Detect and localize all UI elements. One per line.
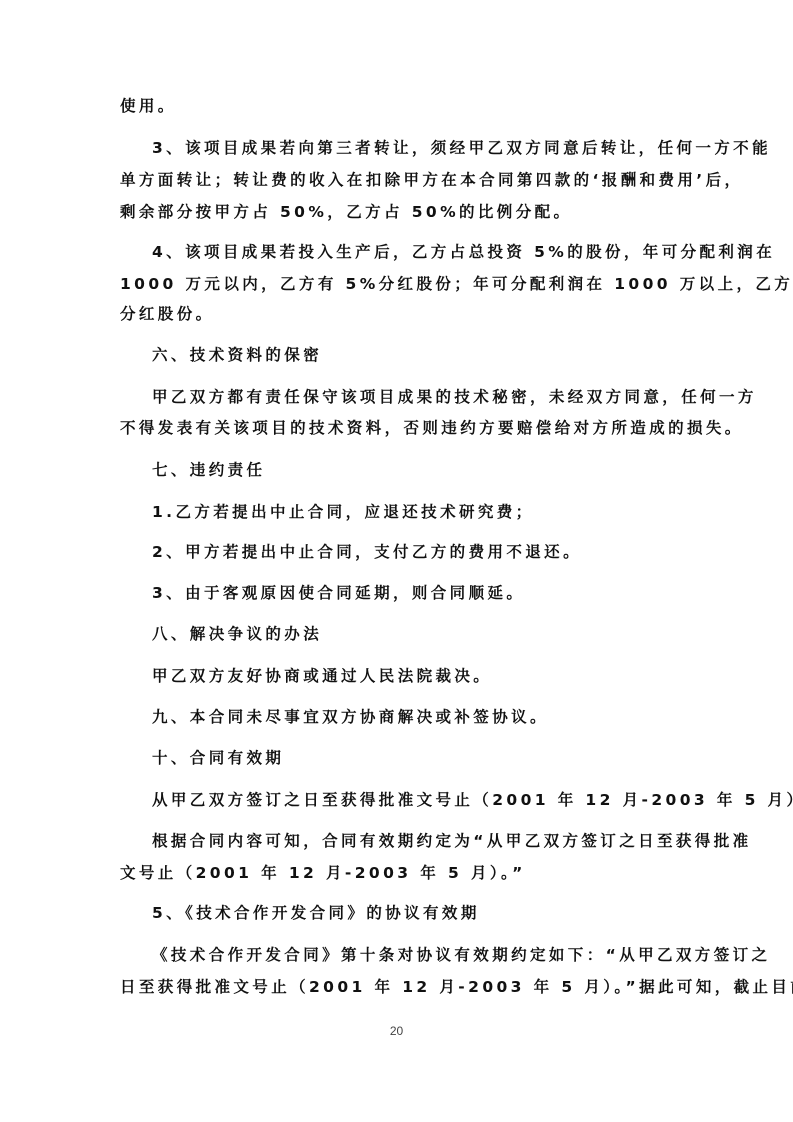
subsection-heading-agreement-validity: 5、《技术合作开发合同》的协议有效期 (152, 903, 712, 923)
clause-4-production: 4、该项目成果若投入生产后，乙方占总投资 5%的股份，年可分配利润在 (152, 242, 712, 262)
validity-paragraph: 从甲乙双方签订之日至获得批准文号止（2001 年 12 月-2003 年 5 月… (152, 790, 712, 810)
text-line: 1000 万元以内，乙方有 5%分红股份；年可分配利润在 1000 万以上，乙方… (120, 274, 680, 294)
text-line: 文号止（2001 年 12 月-2003 年 5 月）。” (120, 863, 680, 883)
text-line: 分红股份。 (120, 304, 680, 324)
clause-3-transfer: 3、该项目成果若向第三者转让，须经甲乙双方同意后转让，任何一方不能 (152, 138, 712, 158)
text-line: 单方面转让；转让费的收入在扣除甲方在本合同第四款的‘报酬和费用’后， (120, 170, 680, 190)
text-line: 剩余部分按甲方占 50%，乙方占 50%的比例分配。 (120, 202, 680, 222)
liability-item-3: 3、由于客观原因使合同延期，则合同顺延。 (152, 583, 712, 603)
page-number: 20 (0, 1024, 793, 1038)
section-heading-validity: 十、合同有效期 (152, 748, 712, 768)
confidentiality-paragraph: 甲乙双方都有责任保守该项目成果的技术秘密，未经双方同意，任何一方 (152, 387, 712, 407)
text-line: 不得发表有关该项目的技术资料，否则违约方要赔偿给对方所造成的损失。 (120, 418, 680, 438)
liability-item-1: 1.乙方若提出中止合同，应退还技术研究费； (152, 502, 712, 522)
text-line: 日至获得批准文号止（2001 年 12 月-2003 年 5 月）。”据此可知，… (120, 977, 680, 997)
dispute-paragraph: 甲乙双方友好协商或通过人民法院裁决。 (152, 666, 712, 686)
liability-item-2: 2、甲方若提出中止合同，支付乙方的费用不退还。 (152, 542, 712, 562)
analysis-paragraph: 根据合同内容可知，合同有效期约定为“从甲乙双方签订之日至获得批准 (152, 831, 712, 851)
section-heading-dispute: 八、解决争议的办法 (152, 624, 712, 644)
agreement-validity-paragraph: 《技术合作开发合同》第十条对协议有效期约定如下：“从甲乙双方签订之 (152, 945, 712, 965)
document-page: 使用。 3、该项目成果若向第三者转让，须经甲乙双方同意后转让，任何一方不能 单方… (0, 0, 793, 1122)
section-heading-supplement: 九、本合同未尽事宜双方协商解决或补签协议。 (152, 707, 712, 727)
text-line: 使用。 (120, 96, 680, 116)
section-heading-confidentiality: 六、技术资料的保密 (152, 345, 712, 365)
section-heading-liability: 七、违约责任 (152, 460, 712, 480)
